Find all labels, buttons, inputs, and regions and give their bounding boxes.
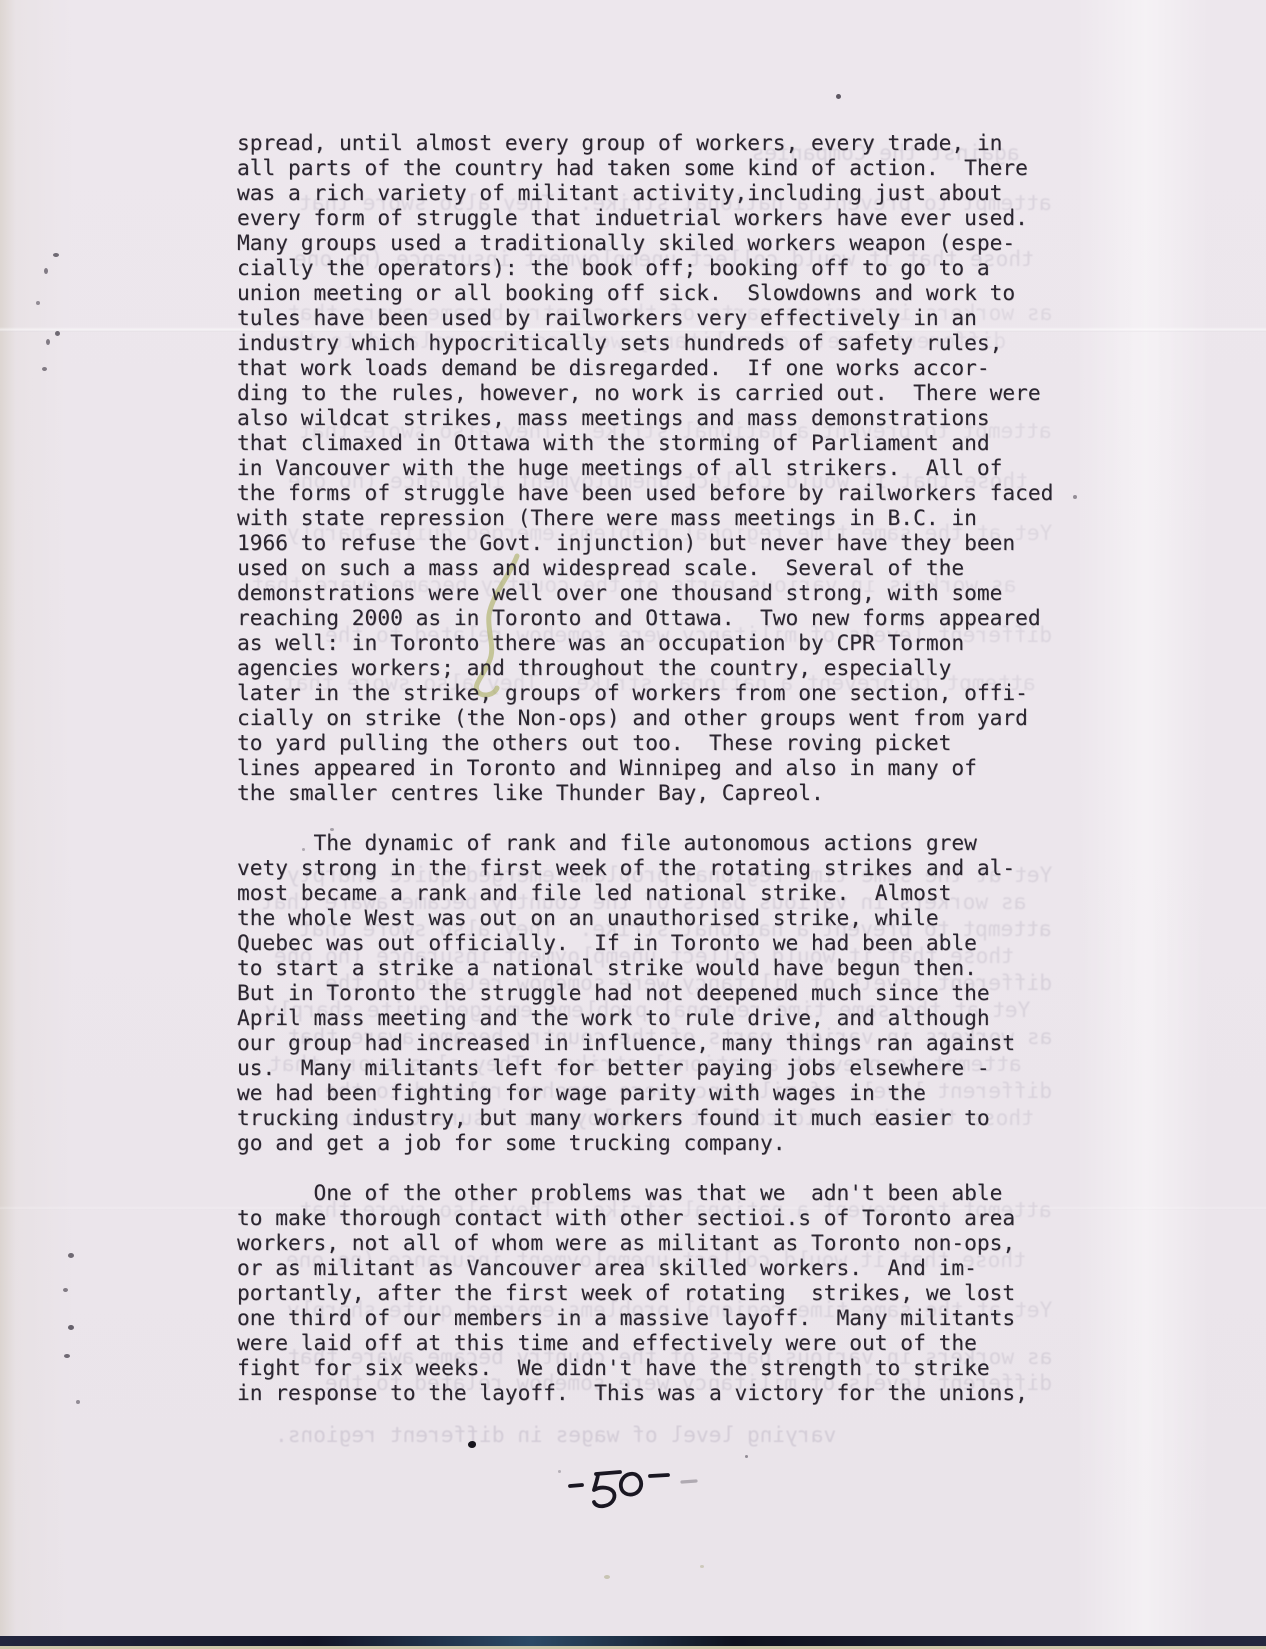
paper-speck [44,268,48,274]
bleedthrough-line: varying level of wages in different regi… [275,1422,836,1447]
paper-speck [836,94,841,99]
pen-dot [468,1441,476,1448]
paper-speck [745,1455,748,1458]
paper-speck [53,253,59,257]
paper-speck [76,1400,80,1404]
paper-speck [1073,495,1077,499]
paper-speck [42,367,47,371]
paragraph: spread, until almost every group of work… [237,130,1053,805]
paper-speck [604,1575,610,1579]
paper-speck [63,1288,68,1292]
paper-speck [64,1354,70,1358]
scan-edge-bottom [0,1636,1266,1646]
paper-speck [302,848,305,851]
paper-speck [330,828,334,831]
paper-speck [68,1325,74,1330]
paper-speck [46,339,50,345]
paper-speck [36,301,40,305]
paragraph: The dynamic of rank and file autonomous … [237,830,1053,1155]
paper-speck [68,1253,74,1258]
paper-speck [55,331,60,336]
paper-speck [700,1565,704,1568]
typewritten-text-block: spread, until almost every group of work… [237,130,1053,1405]
scanned-page: against the Companies'attempt to prevent… [0,0,1266,1649]
paragraph: One of the other problems was that we ad… [237,1180,1053,1405]
